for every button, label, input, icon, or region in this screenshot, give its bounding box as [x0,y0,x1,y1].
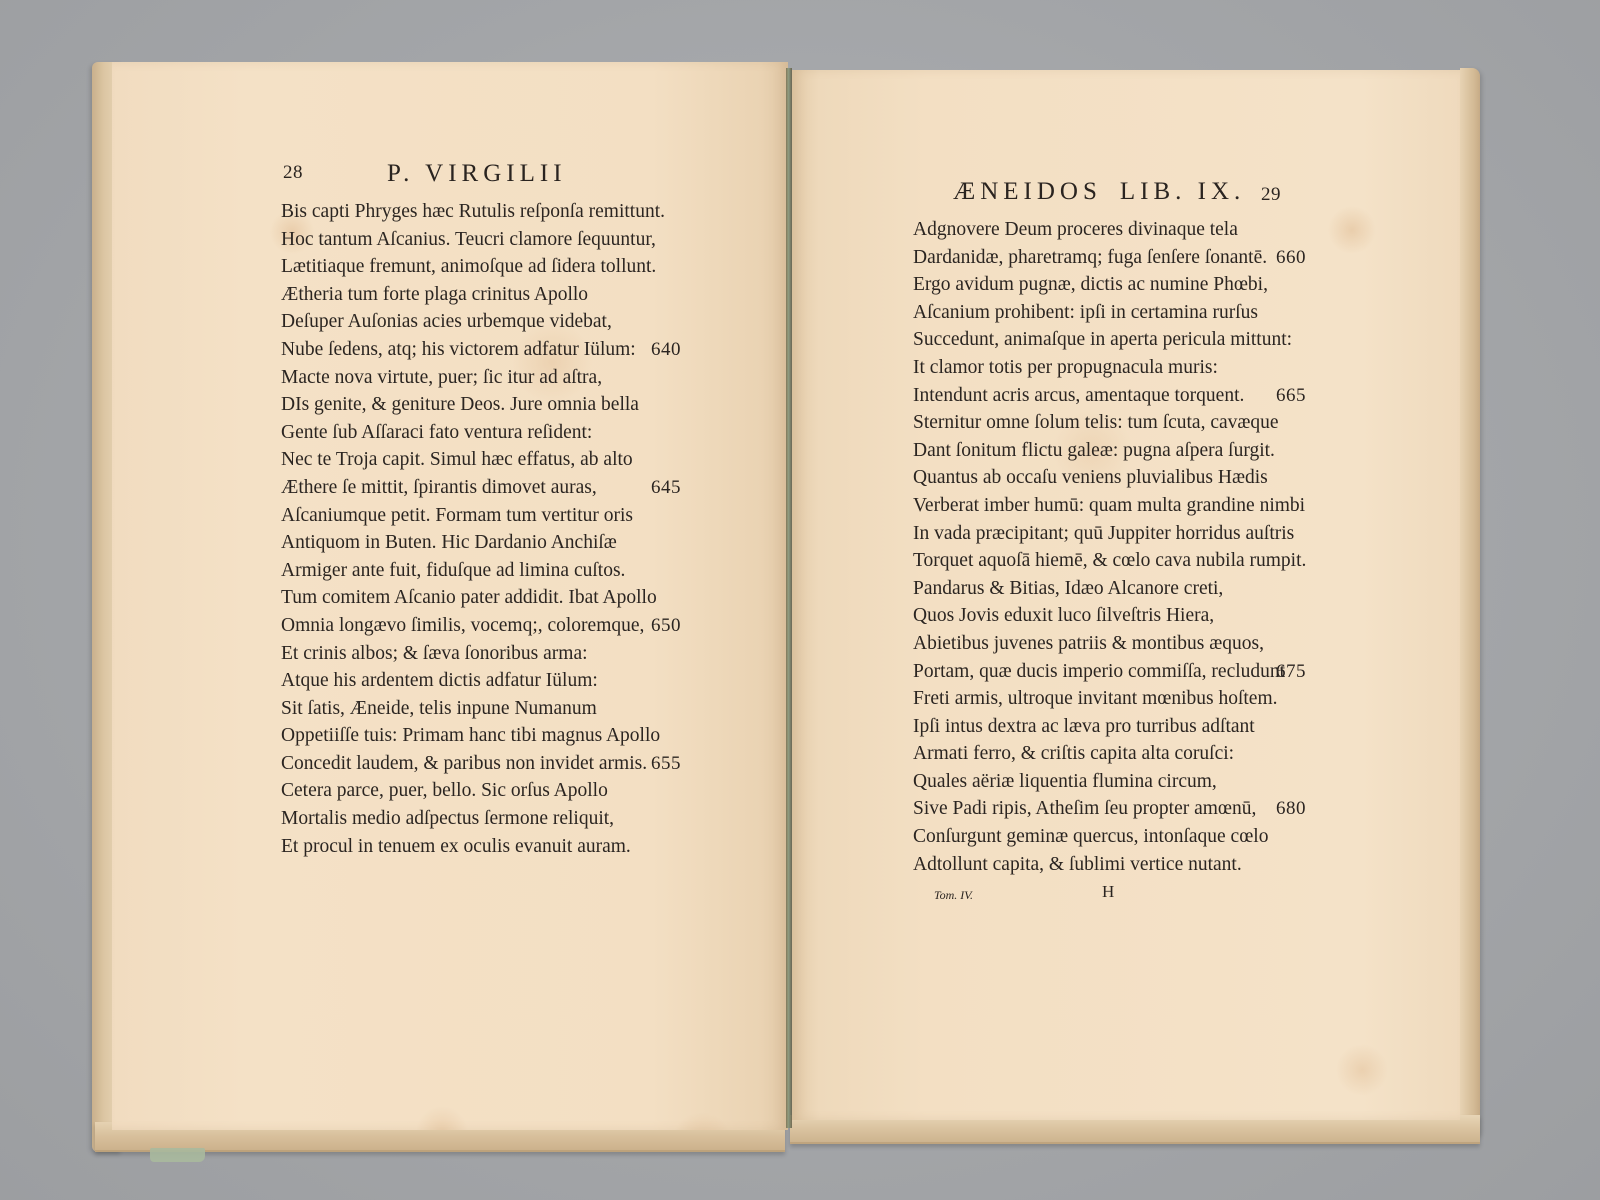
verse-line: Adgnovere Deum proceres divinaque tela [913,216,1313,244]
verse-line: Portam, quæ ducis imperio commiſſa, recl… [913,658,1313,686]
verse-line: Ipſi intus dextra ac læva pro turribus a… [913,713,1313,741]
verse-line: Adtollunt capita, & ſublimi vertice nuta… [913,851,1313,879]
verse-line: Torquet aquoſā hiemē, & cœlo cava nubila… [913,547,1313,575]
verse-line: It clamor totis per propugnacula muris: [913,354,1313,382]
verse-text: Quos Jovis eduxit luco ſilveſtris Hiera, [913,605,1214,626]
verse-text: Ætheria tum forte plaga crinitus Apollo [281,284,588,305]
verse-line: Quales aëriæ liquentia flumina circum, [913,768,1313,796]
verse-line: Aſcaniumque petit. Formam tum vertitur o… [281,502,691,530]
verse-text: Tum comitem Aſcanio pater addidit. Ibat … [281,587,657,608]
verse-text: Torquet aquoſā hiemē, & cœlo cava nubila… [913,550,1306,571]
verse-line: Abietibus juvenes patriis & montibus æqu… [913,630,1313,658]
verse-text: Æthere ſe mittit, ſpirantis dimovet aura… [281,477,597,498]
verse-text: DIs genite, & geniture Deos. Jure omnia … [281,394,639,415]
verse-line: Gente ſub Aſſaraci fato ventura reſident… [281,419,691,447]
verse-line: Freti armis, ultroque invitant mœnibus h… [913,685,1313,713]
verse-number: 655 [651,750,681,778]
verse-text: Abietibus juvenes patriis & montibus æqu… [913,633,1264,654]
verse-text: Aſcaniumque petit. Formam tum vertitur o… [281,505,633,526]
verse-line: Dardanidæ, pharetramq; fuga ſenſere ſona… [913,244,1313,272]
tome-label: Tom. IV. [934,888,973,903]
verse-text: Ipſi intus dextra ac læva pro turribus a… [913,716,1255,737]
verse-text: Nube ſedens, atq; his victorem adfatur I… [281,339,636,360]
verse-line: Cetera parce, puer, bello. Sic orſus Apo… [281,777,691,805]
verse-line: Et crinis albos; & ſæva ſonoribus arma: [281,640,691,668]
verse-line: Æthere ſe mittit, ſpirantis dimovet aura… [281,474,691,502]
right-page-header: ÆNEIDOS LIB. IX. [953,178,1245,206]
verse-line: Sive Padi ripis, Atheſim ſeu propter amœ… [913,795,1313,823]
verse-line: Armati ferro, & criſtis capita alta coru… [913,740,1313,768]
verse-text: Concedit laudem, & paribus non invidet a… [281,753,647,774]
verse-number: 680 [1276,795,1306,823]
verse-text: Nec te Troja capit. Simul hæc effatus, a… [281,449,633,470]
verse-line: Atque his ardentem dictis adfatur Iülum: [281,667,691,695]
open-book: 28 P. VIRGILII Bis capti Phryges hæc Rut… [0,0,1600,1200]
verse-line: Deſuper Auſonias acies urbemque videbat, [281,308,691,336]
verse-text: Antiquom in Buten. Hic Dardanio Anchiſæ [281,532,617,553]
left-running-title: P. VIRGILII [387,160,567,188]
verse-number: 665 [1276,382,1306,410]
verse-number: 640 [651,336,681,364]
verse-text: Armati ferro, & criſtis capita alta coru… [913,743,1234,764]
verse-line: In vada præcipitant; quū Juppiter horrid… [913,520,1313,548]
verse-line: Tum comitem Aſcanio pater addidit. Ibat … [281,584,691,612]
verse-line: Pandarus & Bitias, Idæo Alcanore creti, [913,575,1313,603]
verse-text: Atque his ardentem dictis adfatur Iülum: [281,670,598,691]
verse-line: Nube ſedens, atq; his victorem adfatur I… [281,336,691,364]
verse-text: Verberat imber humū: quam multa grandine… [913,495,1305,516]
book-gutter [786,68,792,1128]
verse-line: Bis capti Phryges hæc Rutulis reſponſa r… [281,198,691,226]
verse-text: Sternitur omne ſolum telis: tum ſcuta, c… [913,412,1279,433]
right-page-number-wrap: 29 [1261,184,1281,206]
verse-text: Hoc tantum Aſcanius. Teucri clamore ſequ… [281,229,656,250]
verse-text: Pandarus & Bitias, Idæo Alcanore creti, [913,578,1223,599]
verse-line: DIs genite, & geniture Deos. Jure omnia … [281,391,691,419]
verse-line: Oppetiiſſe tuis: Primam hanc tibi magnus… [281,722,691,750]
verse-line: Et procul in tenuem ex oculis evanuit au… [281,833,691,861]
verse-text: Adtollunt capita, & ſublimi vertice nuta… [913,854,1242,875]
left-running-title-wrap: P. VIRGILII [387,160,567,188]
verse-line: Sit ſatis, Æneide, telis inpune Numanum [281,695,691,723]
gathering-signature: H [1102,882,1114,902]
verse-line: Lætitiaque fremunt, animoſque ad ſidera … [281,253,691,281]
verse-text: Sit ſatis, Æneide, telis inpune Numanum [281,698,597,719]
verse-text: Mortalis medio adſpectus ſermone reliqui… [281,808,614,829]
verse-text: Quales aëriæ liquentia flumina circum, [913,771,1217,792]
ribbon-marker [150,1148,205,1162]
right-running-title-book: LIB. IX. [1120,178,1245,206]
verse-line: Sternitur omne ſolum telis: tum ſcuta, c… [913,409,1313,437]
verse-text: Succedunt, animaſque in aperta pericula … [913,329,1292,350]
verse-line: Quantus ab occaſu veniens pluvialibus Hæ… [913,464,1313,492]
verse-text: Portam, quæ ducis imperio commiſſa, recl… [913,661,1285,682]
verse-text: In vada præcipitant; quū Juppiter horrid… [913,523,1294,544]
left-verse-list: Bis capti Phryges hæc Rutulis reſponſa r… [281,198,691,860]
verse-number: 660 [1276,244,1306,272]
verse-text: Sive Padi ripis, Atheſim ſeu propter amœ… [913,798,1256,819]
verse-number: 650 [651,612,681,640]
verse-line: Verberat imber humū: quam multa grandine… [913,492,1313,520]
verse-line: Armiger ante fuit, fiduſque ad limina cu… [281,557,691,585]
verse-line: Intendunt acris arcus, amentaque torquen… [913,382,1313,410]
verse-line: Aſcanium prohibent: ipſi in certamina ru… [913,299,1313,327]
verse-text: Omnia longævo ſimilis, vocemq;, coloremq… [281,615,644,636]
verse-text: Lætitiaque fremunt, animoſque ad ſidera … [281,256,656,277]
right-page-number: 29 [1261,184,1281,206]
left-page-number: 28 [283,162,303,184]
verse-text: Intendunt acris arcus, amentaque torquen… [913,385,1244,406]
verse-line: Succedunt, animaſque in aperta pericula … [913,326,1313,354]
verse-line: Concedit laudem, & paribus non invidet a… [281,750,691,778]
verse-text: Dardanidæ, pharetramq; fuga ſenſere ſona… [913,247,1267,268]
verse-line: Ætheria tum forte plaga crinitus Apollo [281,281,691,309]
verse-line: Quos Jovis eduxit luco ſilveſtris Hiera, [913,602,1313,630]
verse-text: Adgnovere Deum proceres divinaque tela [913,219,1238,240]
verse-line: Omnia longævo ſimilis, vocemq;, coloremq… [281,612,691,640]
verse-text: Et crinis albos; & ſæva ſonoribus arma: [281,643,588,664]
book-fore-edge-right [1460,68,1480,1138]
verse-line: Ergo avidum pugnæ, dictis ac numine Phœb… [913,271,1313,299]
verse-line: Conſurgunt geminæ quercus, intonſaque cœ… [913,823,1313,851]
verse-text: Et procul in tenuem ex oculis evanuit au… [281,836,631,857]
verse-text: Oppetiiſſe tuis: Primam hanc tibi magnus… [281,725,660,746]
verse-line: Antiquom in Buten. Hic Dardanio Anchiſæ [281,529,691,557]
verse-text: Bis capti Phryges hæc Rutulis reſponſa r… [281,201,665,222]
verse-line: Mortalis medio adſpectus ſermone reliqui… [281,805,691,833]
left-page-header: 28 [283,162,303,184]
verse-text: Cetera parce, puer, bello. Sic orſus Apo… [281,780,608,801]
verse-number: 675 [1276,658,1306,686]
verse-number: 645 [651,474,681,502]
verse-text: It clamor totis per propugnacula muris: [913,357,1218,378]
verse-text: Freti armis, ultroque invitant mœnibus h… [913,688,1278,709]
verse-text: Dant ſonitum flictu galeæ: pugna aſpera … [913,440,1275,461]
verse-text: Quantus ab occaſu veniens pluvialibus Hæ… [913,467,1268,488]
verse-text: Armiger ante fuit, fiduſque ad limina cu… [281,560,625,581]
verse-text: Deſuper Auſonias acies urbemque videbat, [281,311,612,332]
verse-text: Aſcanium prohibent: ipſi in certamina ru… [913,302,1258,323]
right-running-title-main: ÆNEIDOS [953,178,1102,206]
verse-line: Nec te Troja capit. Simul hæc effatus, a… [281,446,691,474]
verse-line: Hoc tantum Aſcanius. Teucri clamore ſequ… [281,226,691,254]
right-verse-list: Adgnovere Deum proceres divinaque tela D… [913,216,1313,878]
verse-line: Macte nova virtute, puer; ſic itur ad aſ… [281,364,691,392]
verse-text: Macte nova virtute, puer; ſic itur ad aſ… [281,367,602,388]
verse-line: Dant ſonitum flictu galeæ: pugna aſpera … [913,437,1313,465]
verse-text: Gente ſub Aſſaraci fato ventura reſident… [281,422,592,443]
verse-text: Ergo avidum pugnæ, dictis ac numine Phœb… [913,274,1268,295]
verse-text: Conſurgunt geminæ quercus, intonſaque cœ… [913,826,1268,847]
